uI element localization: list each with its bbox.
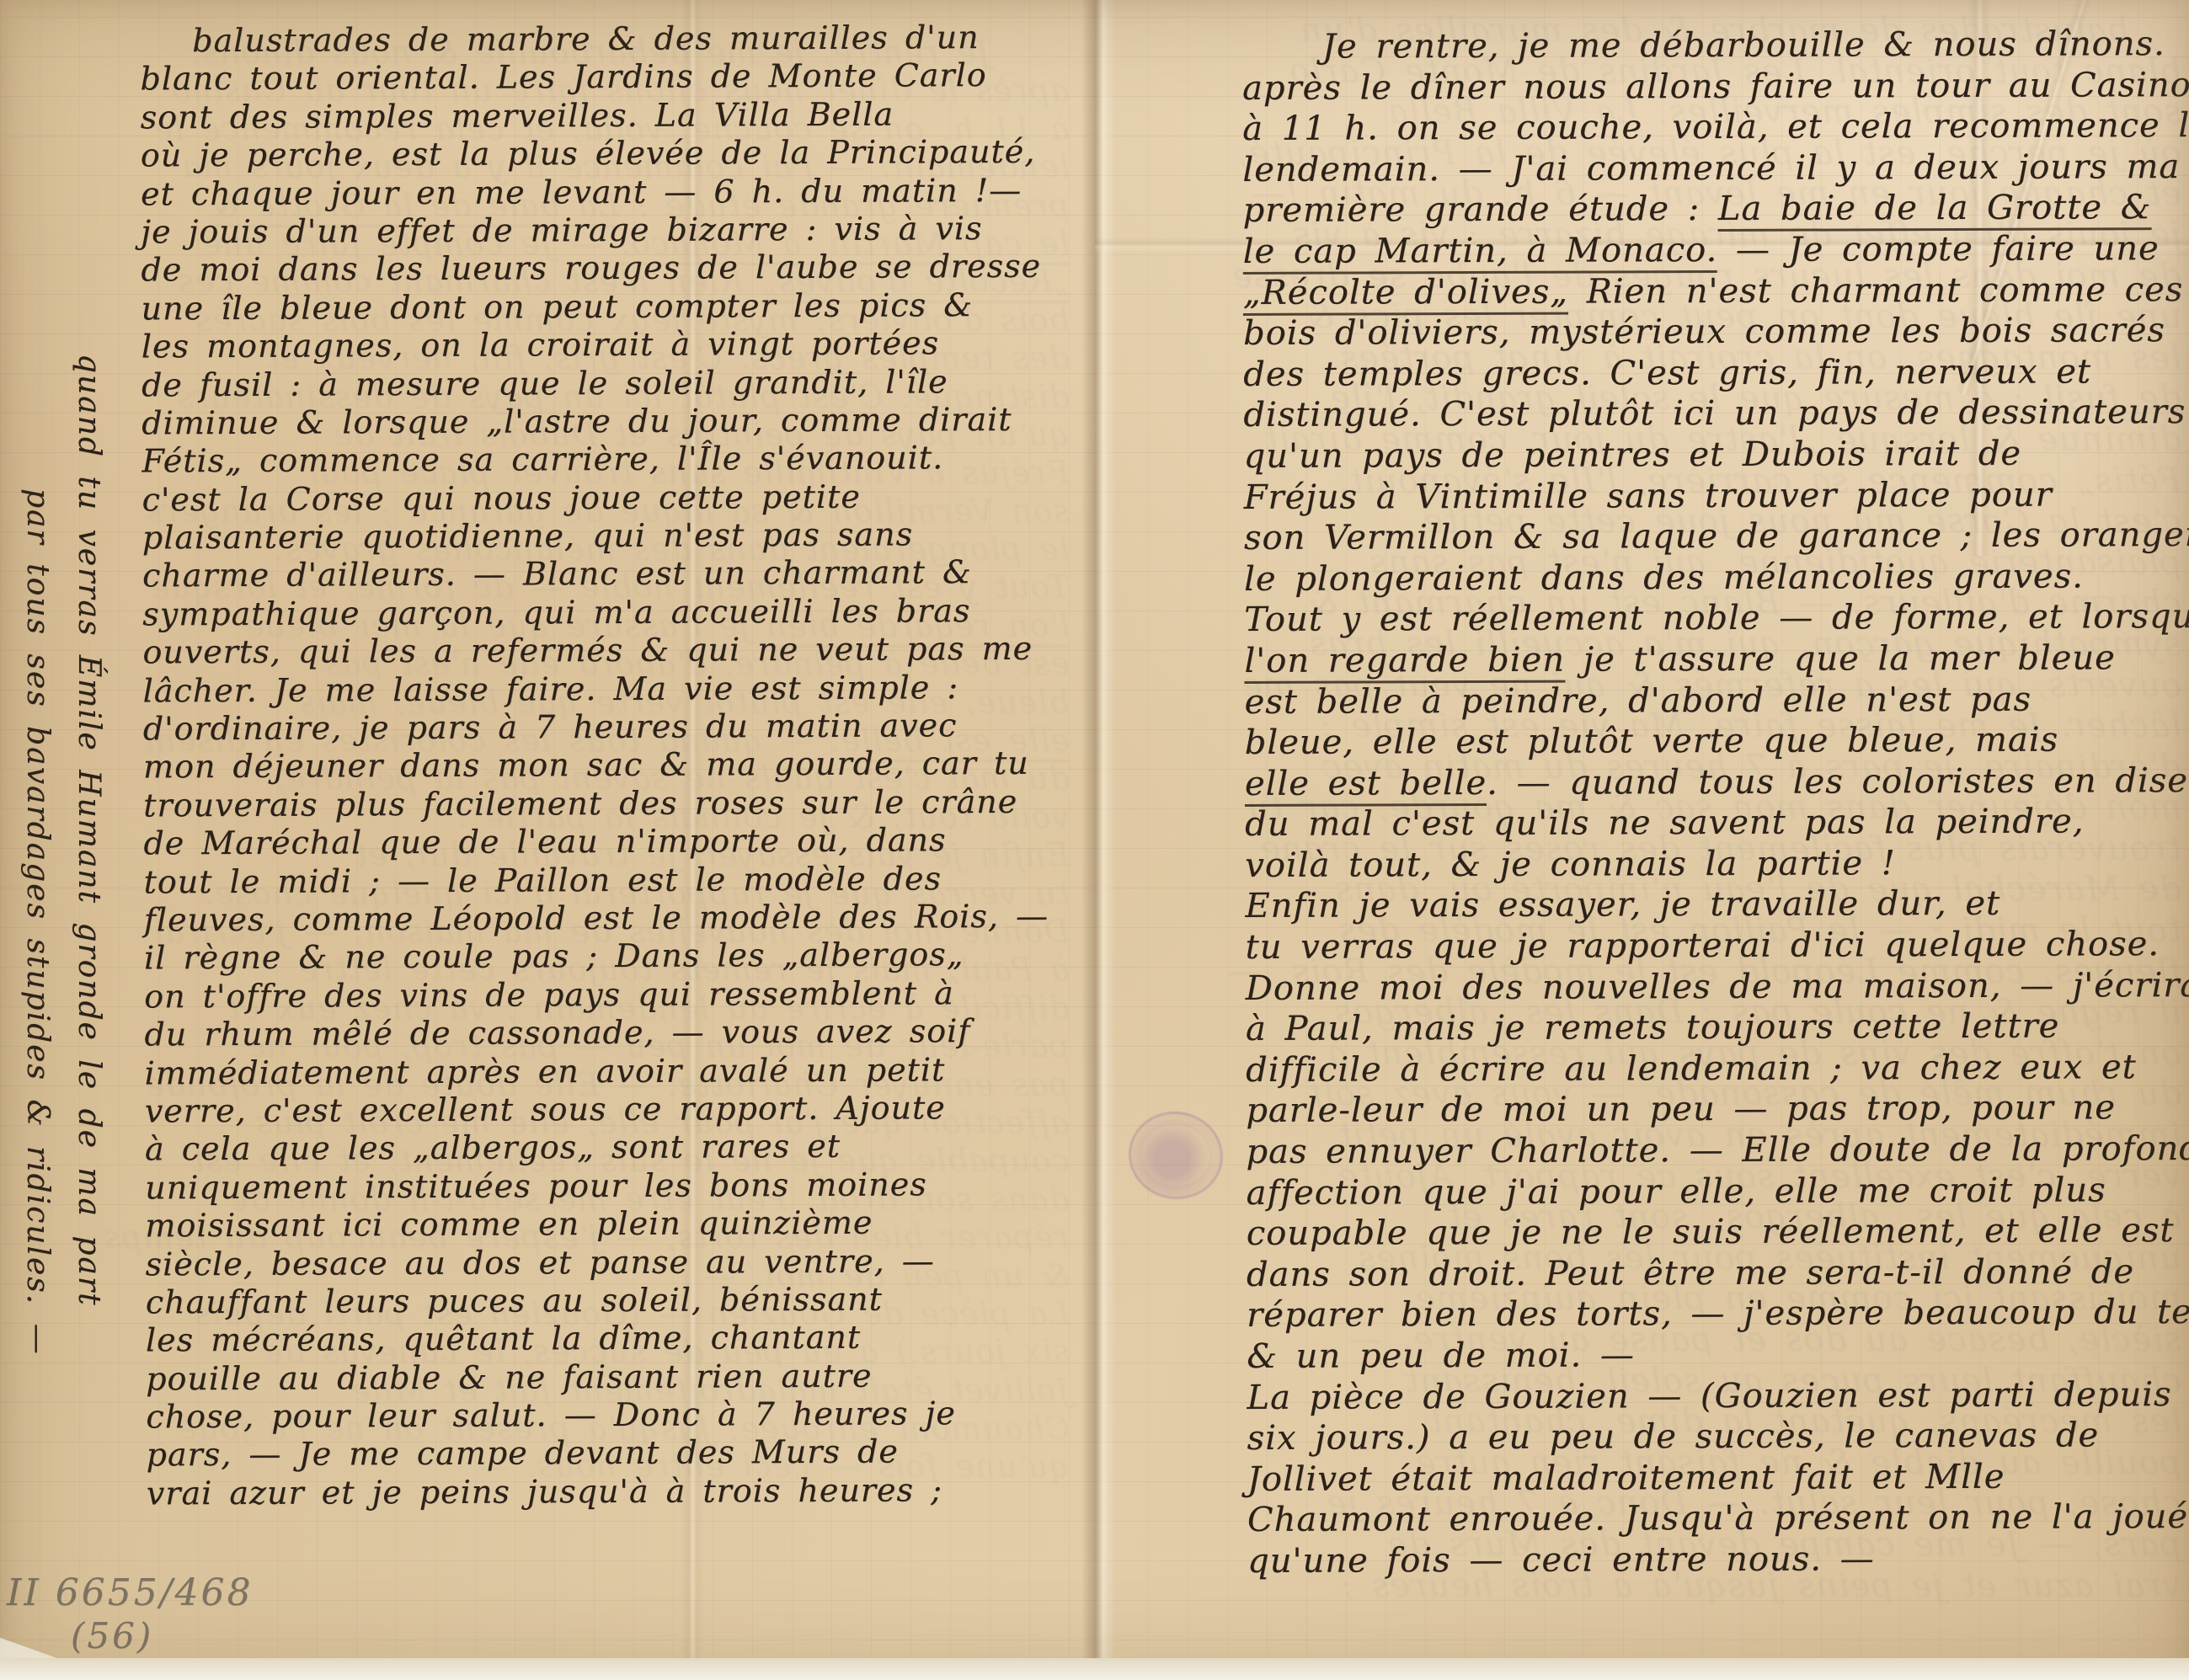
text-segment: parle-leur de moi un peu — pas trop, pou…	[1246, 1089, 2116, 1131]
handwriting-line: elle est belle. — quand tous les coloris…	[1245, 760, 2184, 804]
text-segment: des temples grecs. C'est gris, fin, nerv…	[1243, 352, 2091, 394]
handwriting-line: sont des simples merveilles. La Villa Be…	[141, 94, 1088, 136]
right-page-text: Je rentre, je me débarbouille & nous dîn…	[1242, 24, 2186, 1581]
handwriting-line: je jouis d'un effet de mirage bizarre : …	[141, 210, 1088, 252]
text-segment: Fétis„ commence sa carrière, l'Île s'éva…	[141, 440, 943, 480]
text-segment: première grande étude :	[1242, 189, 1717, 230]
text-segment: mon déjeuner dans mon sac & ma gourde, c…	[143, 744, 1029, 786]
inventory-number: II 6655/468	[7, 1571, 254, 1614]
margin-note: quand tu verras Émile Humant gronde le d…	[12, 286, 115, 1482]
handwriting-line: Tout y est réellement noble — de forme, …	[1244, 596, 2183, 640]
handwriting-line: et chaque jour en me levant — 6 h. du ma…	[141, 171, 1088, 213]
handwriting-line: le cap Martin, à Monaco. — Je compte fai…	[1243, 228, 2182, 272]
handwriting-line: où je perche, est la plus élevée de la P…	[141, 133, 1088, 175]
handwriting-line: de moi dans les lueurs rouges de l'aube …	[141, 248, 1088, 290]
margin-note-line: quand tu verras Émile Humant gronde le d…	[63, 286, 115, 1482]
text-segment: Fréjus à Vintimille sans trouver place p…	[1244, 475, 2053, 516]
handwriting-line: les mécréans, quêtant la dîme, chantant	[146, 1318, 1093, 1360]
handwriting-line: c'est la Corse qui nous joue cette petit…	[142, 477, 1090, 519]
handwriting-line: fleuves, comme Léopold est le modèle des…	[144, 898, 1092, 940]
text-segment: Tout y est réellement noble — de forme, …	[1244, 597, 2189, 639]
handwriting-line: de fusil : à mesure que le soleil grandi…	[141, 362, 1089, 404]
text-segment: distingué. C'est plutôt ici un pays de d…	[1243, 392, 2186, 435]
handwriting-line: de Maréchal que de l'eau n'importe où, d…	[143, 821, 1091, 863]
text-segment: coupable que je ne le suis réellement, e…	[1247, 1211, 2175, 1253]
handwriting-line: bleue, elle est plutôt verte que bleue, …	[1245, 719, 2184, 763]
text-segment: c'est la Corse qui nous joue cette petit…	[142, 477, 861, 518]
text-segment: Enfin je vais essayer, je travaille dur,…	[1245, 884, 2000, 925]
handwriting-line: trouverais plus facilement des roses sur…	[143, 782, 1091, 824]
text-segment: tout le midi ; — le Paillon est le modèl…	[144, 860, 942, 900]
handwriting-line: chose, pour leur salut. — Donc à 7 heure…	[146, 1395, 1093, 1437]
handwriting-line: son Vermillon & sa laque de garance ; le…	[1244, 515, 2183, 558]
handwriting-line: sympathique garçon, qui m'a accueilli le…	[142, 591, 1090, 633]
text-segment: je t'assure que la mer bleue	[1565, 638, 2116, 679]
text-segment: Jollivet était maladroitement fait et Ml…	[1247, 1458, 2005, 1499]
text-segment: de fusil : à mesure que le soleil grandi…	[141, 363, 948, 403]
underlined-phrase: l'on regarde bien	[1244, 641, 1565, 684]
handwriting-line: & un peu de moi. —	[1247, 1333, 2186, 1377]
handwriting-line: distingué. C'est plutôt ici un pays de d…	[1243, 392, 2182, 435]
handwriting-line: verre, c'est excellent sous ce rapport. …	[145, 1088, 1092, 1130]
handwriting-line: le plongeraient dans des mélancolies gra…	[1244, 556, 2183, 600]
text-segment: Chaumont enrouée. Jusqu'à présent on ne …	[1247, 1497, 2188, 1539]
handwriting-line: lendemain. — J'ai commencé il y a deux j…	[1242, 147, 2181, 190]
text-segment: pars, — Je me campe devant des Murs de	[146, 1433, 898, 1474]
text-segment: à Paul, mais je remets toujours cette le…	[1246, 1007, 2060, 1048]
text-segment: La pièce de Gouzien — (Gouzien est parti…	[1247, 1375, 2171, 1417]
handwriting-line: Fréjus à Vintimille sans trouver place p…	[1244, 474, 2183, 518]
text-segment: il règne & ne coule pas ; Dans les „albe…	[144, 936, 964, 977]
text-segment: moisissant ici comme en plein quinzième	[145, 1204, 873, 1245]
handwriting-line: siècle, besace au dos et panse au ventre…	[145, 1241, 1092, 1283]
handwriting-line: ouverts, qui les a refermés & qui ne veu…	[142, 630, 1090, 672]
text-segment: chauffant leurs puces au soleil, bénissa…	[146, 1281, 883, 1321]
text-segment: pas ennuyer Charlotte. — Elle doute de l…	[1246, 1129, 2189, 1171]
text-segment: diminue & lorsque „l'astre du jour, comm…	[141, 401, 1012, 442]
underlined-phrase: elle est belle	[1245, 764, 1487, 807]
text-segment: charme d'ailleurs. — Blanc est un charma…	[142, 554, 972, 595]
handwriting-line: Je rentre, je me débarbouille & nous dîn…	[1242, 24, 2181, 67]
handwriting-line: immédiatement après en avoir avalé un pe…	[144, 1050, 1092, 1092]
text-segment: sont des simples merveilles. La Villa Be…	[141, 95, 894, 136]
text-segment: . — quand tous les coloristes en disent	[1487, 761, 2189, 803]
text-segment: siècle, besace au dos et panse au ventre…	[145, 1242, 934, 1283]
handwriting-line: pas ennuyer Charlotte. — Elle doute de l…	[1246, 1128, 2185, 1172]
text-segment: Rien n'est charmant comme ces	[1568, 270, 2183, 312]
handwriting-line: diminue & lorsque „l'astre du jour, comm…	[141, 400, 1089, 442]
text-segment: & un peu de moi. —	[1247, 1336, 1635, 1376]
text-segment: blanc tout oriental. Les Jardins de Mont…	[140, 56, 986, 97]
handwriting-line: Donne moi des nouvelles de ma maison, — …	[1246, 965, 2185, 1009]
margin-note-line: par tous ses bavardages stupides & ridic…	[12, 286, 63, 1482]
handwriting-line: vrai azur et je peins jusqu'à à trois he…	[147, 1470, 1094, 1512]
handwriting-line: qu'un pays de peintres et Dubois irait d…	[1243, 433, 2182, 477]
text-segment: le plongeraient dans des mélancolies gra…	[1244, 557, 2084, 598]
handwriting-line: une île bleue dont on peut compter les p…	[141, 285, 1089, 328]
text-segment: d'ordinaire, je pars à 7 heures du matin…	[143, 707, 958, 747]
text-segment: immédiatement après en avoir avalé un pe…	[144, 1051, 945, 1091]
handwriting-line: Jollivet était maladroitement fait et Ml…	[1247, 1456, 2186, 1500]
text-segment: voilà tout, & je connais la partie !	[1245, 844, 1896, 885]
handwriting-line: du mal c'est qu'ils ne savent pas la pei…	[1245, 801, 2184, 845]
inventory-secondary-number: (56)	[71, 1615, 153, 1656]
text-segment: pouille au diable & ne faisant rien autr…	[146, 1357, 872, 1397]
handwriting-line: moisissant ici comme en plein quinzième	[145, 1203, 1092, 1245]
text-segment: six jours.) a eu peu de succès, le canev…	[1247, 1416, 2100, 1459]
scanner-edge	[0, 1658, 2189, 1680]
text-segment: plaisanterie quotidienne, qui n'est pas …	[142, 516, 913, 557]
text-segment: fleuves, comme Léopold est le modèle des…	[144, 898, 1049, 939]
handwriting-line: voilà tout, & je connais la partie !	[1245, 842, 2184, 886]
text-segment: balustrades de marbre & des murailles d'…	[192, 19, 979, 59]
handwriting-line: à cela que les „albergos„ sont rares et	[145, 1127, 1092, 1169]
handwriting-line: affection que j'ai pour elle, elle me cr…	[1247, 1170, 2186, 1213]
handwriting-line: pars, — Je me campe devant des Murs de	[146, 1432, 1093, 1475]
text-segment: — Je compte faire une	[1717, 229, 2160, 269]
text-segment: bleue, elle est plutôt verte que bleue, …	[1245, 721, 2058, 762]
text-segment: verre, c'est excellent sous ce rapport. …	[145, 1089, 946, 1129]
text-segment: réparer bien des torts, — j'espère beauc…	[1247, 1293, 2189, 1335]
text-segment: son Vermillon & sa laque de garance ; le…	[1244, 515, 2189, 557]
text-segment: où je perche, est la plus élevée de la P…	[141, 133, 1036, 174]
text-segment: lendemain. — J'ai commencé il y a deux j…	[1242, 147, 2180, 189]
handwriting-line: du rhum mêlé de cassonade, — vous avez s…	[144, 1012, 1092, 1054]
underlined-phrase: La baie de la Grotte &	[1718, 189, 2152, 232]
handwriting-line: balustrades de marbre & des murailles d'…	[140, 19, 1087, 61]
handwriting-line: tout le midi ; — le Paillon est le modèl…	[144, 859, 1092, 901]
handwriting-line: réparer bien des torts, — j'espère beauc…	[1247, 1292, 2186, 1336]
handwriting-line: coupable que je ne le suis réellement, e…	[1247, 1210, 2186, 1254]
handwriting-line: lâcher. Je me laisse faire. Ma vie est s…	[143, 668, 1091, 710]
handwriting-line: tu verras que je rapporterai d'ici quelq…	[1246, 924, 2185, 968]
handwriting-line: première grande étude : La baie de la Gr…	[1242, 187, 2181, 231]
text-segment: une île bleue dont on peut compter les p…	[141, 286, 974, 327]
text-segment: affection que j'ai pour elle, elle me cr…	[1247, 1171, 2106, 1213]
text-segment: je jouis d'un effet de mirage bizarre : …	[141, 210, 982, 250]
handwriting-line: est belle à peindre, d'abord elle n'est …	[1244, 679, 2183, 723]
text-segment: dans son droit. Peut être me sera-t-il d…	[1247, 1252, 2134, 1294]
underlined-phrase: le cap Martin, à Monaco.	[1243, 231, 1718, 275]
handwriting-line: Enfin je vais essayer, je travaille dur,…	[1245, 883, 2184, 927]
text-segment: trouverais plus facilement des roses sur…	[143, 783, 1017, 824]
handwriting-line: plaisanterie quotidienne, qui n'est pas …	[142, 515, 1090, 557]
handwriting-line: charme d'ailleurs. — Blanc est un charma…	[142, 553, 1090, 595]
text-segment: de moi dans les lueurs rouges de l'aube …	[141, 248, 1041, 289]
text-segment: les mécréans, quêtant la dîme, chantant	[146, 1319, 861, 1359]
handwriting-line: après le dîner nous allons faire un tour…	[1242, 65, 2181, 109]
text-segment: qu'un pays de peintres et Dubois irait d…	[1243, 435, 2021, 476]
text-segment: bois d'oliviers, mystérieux comme les bo…	[1243, 311, 2165, 353]
handwriting-line: mon déjeuner dans mon sac & ma gourde, c…	[143, 744, 1091, 787]
handwriting-line: dans son droit. Peut être me sera-t-il d…	[1247, 1251, 2186, 1295]
handwriting-line: blanc tout oriental. Les Jardins de Mont…	[140, 56, 1087, 99]
handwriting-line: l'on regarde bien je t'assure que la mer…	[1244, 637, 2183, 681]
handwriting-line: il règne & ne coule pas ; Dans les „albe…	[144, 936, 1092, 978]
margin-note-rotated-text: quand tu verras Émile Humant gronde le d…	[12, 286, 115, 1482]
handwriting-line: La pièce de Gouzien — (Gouzien est parti…	[1247, 1374, 2186, 1418]
text-segment: difficile à écrire au lendemain ; va che…	[1246, 1048, 2137, 1090]
handwriting-line: Fétis„ commence sa carrière, l'Île s'éva…	[141, 439, 1089, 481]
left-page-text: balustrades de marbre & des murailles d'…	[140, 19, 1094, 1513]
handwriting-line: uniquement instituées pour les bons moin…	[145, 1165, 1092, 1207]
text-segment: du rhum mêlé de cassonade, — vous avez s…	[144, 1012, 970, 1053]
handwriting-line: à Paul, mais je remets toujours cette le…	[1246, 1005, 2185, 1049]
handwriting-line: qu'une fois — ceci entre nous. —	[1247, 1538, 2186, 1581]
text-segment: est belle à peindre, d'abord elle n'est …	[1244, 680, 2031, 721]
text-segment: on t'offre des vins de pays qui ressembl…	[144, 974, 954, 1015]
text-segment: Donne moi des nouvelles de ma maison, — …	[1246, 966, 2189, 1008]
letter-scan: balustrades de marbre & des murailles d'…	[0, 0, 2189, 1680]
text-segment: lâcher. Je me laisse faire. Ma vie est s…	[143, 669, 959, 709]
text-segment: les montagnes, on la croirait à vingt po…	[141, 324, 939, 365]
handwriting-line: six jours.) a eu peu de succès, le canev…	[1247, 1415, 2186, 1459]
text-segment: à cela que les „albergos„ sont rares et	[145, 1128, 841, 1168]
underlined-phrase: „Récolte d'olives„	[1243, 272, 1568, 315]
handwriting-line: pouille au diable & ne faisant rien autr…	[146, 1356, 1093, 1398]
handwriting-line: „Récolte d'olives„ Rien n'est charmant c…	[1243, 269, 2182, 313]
handwriting-line: bois d'oliviers, mystérieux comme les bo…	[1243, 310, 2182, 354]
text-segment: à 11 h. on se couche, voilà, et cela rec…	[1242, 106, 2189, 148]
handwriting-line: Chaumont enrouée. Jusqu'à présent on ne …	[1247, 1496, 2186, 1540]
text-segment: et chaque jour en me levant — 6 h. du ma…	[141, 171, 1022, 212]
handwriting-line: difficile à écrire au lendemain ; va che…	[1246, 1047, 2185, 1091]
handwriting-line: chauffant leurs puces au soleil, bénissa…	[146, 1279, 1093, 1321]
handwriting-line: on t'offre des vins de pays qui ressembl…	[144, 973, 1092, 1016]
text-segment: après le dîner nous allons faire un tour…	[1242, 66, 2189, 108]
handwriting-line: parle-leur de moi un peu — pas trop, pou…	[1246, 1087, 2185, 1131]
text-segment: vrai azur et je peins jusqu'à à trois he…	[147, 1471, 942, 1512]
handwriting-line: à 11 h. on se couche, voilà, et cela rec…	[1242, 105, 2181, 149]
text-segment: tu verras que je rapporterai d'ici quelq…	[1246, 925, 2160, 967]
text-segment: sympathique garçon, qui m'a accueilli le…	[142, 592, 970, 632]
text-segment: Je rentre, je me débarbouille & nous dîn…	[1322, 24, 2165, 66]
handwriting-line: les montagnes, on la croirait à vingt po…	[141, 324, 1089, 366]
text-segment: ouverts, qui les a refermés & qui ne veu…	[142, 630, 1033, 671]
handwriting-line: des temples grecs. C'est gris, fin, nerv…	[1243, 351, 2182, 395]
text-segment: chose, pour leur salut. — Donc à 7 heure…	[146, 1395, 956, 1435]
text-segment: de Maréchal que de l'eau n'importe où, d…	[143, 821, 946, 861]
handwriting-line: d'ordinaire, je pars à 7 heures du matin…	[143, 707, 1091, 749]
collection-stamp-icon	[1123, 1105, 1230, 1206]
text-segment: qu'une fois — ceci entre nous. —	[1247, 1539, 1875, 1581]
text-segment: uniquement instituées pour les bons moin…	[145, 1165, 927, 1206]
text-segment: du mal c'est qu'ils ne savent pas la pei…	[1245, 803, 2084, 844]
